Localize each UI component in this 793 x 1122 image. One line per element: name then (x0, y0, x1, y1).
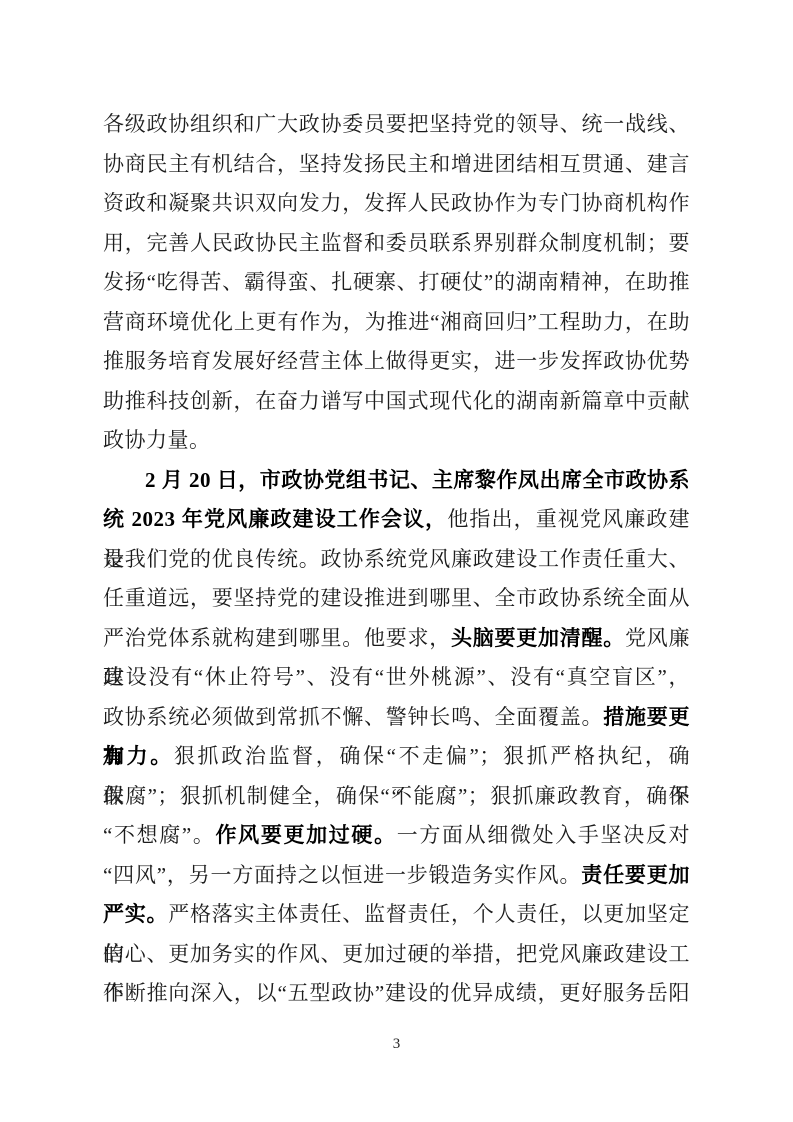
text-line: 敢腐”；狠抓机制健全，确保“不能腐”；狠抓廉政教育，确保 (103, 777, 690, 817)
text-line: 任重道远，要坚持党的建设推进到哪里、全市政协系统全面从 (103, 579, 690, 619)
text-segment: 任重道远，要坚持党的建设推进到哪里、全市政协系统全面从 (103, 586, 690, 610)
text-line: 信心、更加务实的作风、更加过硬的举措，把党风廉政建设工作 (103, 935, 690, 975)
text-line: 推服务培育发展好经营主体上做得更实，进一步发挥政协优势 (103, 342, 690, 382)
text-segment: 敢腐”；狠抓机制健全，确保“不能腐”；狠抓廉政教育，确保 (103, 784, 690, 808)
text-segment: 资政和凝聚共识双向发力，发挥人民政协作为专门协商机构作 (103, 191, 690, 215)
page-number: 3 (393, 1036, 401, 1052)
text-line: 统 2023 年党风廉政建设工作会议，他指出，重视党风廉政建设 (103, 500, 690, 540)
text-line: 是我们党的优良传统。政协系统党风廉政建设工作责任重大、 (103, 540, 690, 580)
text-segment: “四风”，另一方面持之以恒进一步锻造务实作风。 (103, 863, 581, 887)
paragraph: 2 月 20 日，市政协党组书记、主席黎作凤出席全市政协系统 2023 年党风廉… (103, 461, 690, 1014)
text-segment: 用，完善人民政协民主监督和委员联系界别群众制度机制；要 (103, 231, 690, 255)
text-segment: 是我们党的优良传统。政协系统党风廉政建设工作责任重大、 (103, 547, 690, 571)
text-segment: 政协力量。 (103, 428, 211, 452)
text-segment-bold: 严实。 (103, 902, 168, 926)
text-segment: 发扬“吃得苦、霸得蛮、扎硬寨、打硬仗”的湖南精神，在助推 (103, 270, 690, 294)
document-body: 各级政协组织和广大政协委员要把坚持党的领导、统一战线、协商民主有机结合，坚持发扬… (103, 105, 690, 1014)
text-segment-bold: 有力。 (103, 744, 174, 768)
text-segment-bold: 统 2023 年党风廉政建设工作会议， (103, 507, 447, 531)
text-line: 各级政协组织和广大政协委员要把坚持党的领导、统一战线、 (103, 105, 690, 145)
text-line: 严治党体系就构建到哪里。他要求，头脑要更加清醒。党风廉政 (103, 619, 690, 659)
text-segment: 政协系统必须做到常抓不懈、警钟长鸣、全面覆盖。 (103, 705, 603, 729)
text-segment: 推服务培育发展好经营主体上做得更实，进一步发挥政协优势 (103, 349, 690, 373)
text-segment: 协商民主有机结合，坚持发扬民主和增进团结相互贯通、建言 (103, 152, 690, 176)
text-segment: “不想腐”。 (103, 823, 216, 847)
text-segment-bold: 2 月 20 日，市政协党组书记、主席黎作凤出席全市政协系 (145, 468, 690, 492)
text-line: 资政和凝聚共识双向发力，发挥人民政协作为专门协商机构作 (103, 184, 690, 224)
text-line: 2 月 20 日，市政协党组书记、主席黎作凤出席全市政协系 (103, 461, 690, 501)
text-segment: 一方面从细微处入手坚决反对 (397, 823, 690, 847)
text-line: 建设没有“休止符号”、没有“世外桃源”、没有“真空盲区”， (103, 658, 690, 698)
text-line: 协商民主有机结合，坚持发扬民主和增进团结相互贯通、建言 (103, 145, 690, 185)
text-segment: 营商环境优化上更有作为，为推进“湘商回归”工程助力，在助 (103, 310, 690, 334)
text-line: 不断推向深入，以“五型政协”建设的优异成绩，更好服务岳阳 (103, 974, 690, 1014)
paragraph: 各级政协组织和广大政协委员要把坚持党的领导、统一战线、协商民主有机结合，坚持发扬… (103, 105, 690, 461)
text-segment-bold: 作风要更加过硬。 (216, 823, 397, 847)
text-line: 政协力量。 (103, 421, 690, 461)
text-segment: 不断推向深入，以“五型政协”建设的优异成绩，更好服务岳阳 (103, 981, 690, 1005)
text-segment-bold: 头脑要更加清醒。 (451, 626, 625, 650)
text-segment: 各级政协组织和广大政协委员要把坚持党的领导、统一战线、 (103, 112, 690, 136)
text-line: 助推科技创新，在奋力谱写中国式现代化的湖南新篇章中贡献 (103, 382, 690, 422)
text-line: 严实。严格落实主体责任、监督责任，个人责任，以更加坚定的 (103, 895, 690, 935)
page-footer: 3 (0, 1036, 793, 1053)
text-segment: 严治党体系就构建到哪里。他要求， (103, 626, 451, 650)
document-page: 各级政协组织和广大政协委员要把坚持党的领导、统一战线、协商民主有机结合，坚持发扬… (0, 0, 793, 1122)
text-segment-bold: 责任要更加 (581, 863, 690, 887)
text-line: 发扬“吃得苦、霸得蛮、扎硬寨、打硬仗”的湖南精神，在助推 (103, 263, 690, 303)
text-segment: 助推科技创新，在奋力谱写中国式现代化的湖南新篇章中贡献 (103, 389, 690, 413)
text-line: 用，完善人民政协民主监督和委员联系界别群众制度机制；要 (103, 224, 690, 264)
text-line: “四风”，另一方面持之以恒进一步锻造务实作风。责任要更加 (103, 856, 690, 896)
text-segment: 建设没有“休止符号”、没有“世外桃源”、没有“真空盲区”， (103, 665, 690, 689)
text-line: “不想腐”。作风要更加过硬。一方面从细微处入手坚决反对 (103, 816, 690, 856)
text-line: 营商环境优化上更有作为，为推进“湘商回归”工程助力，在助 (103, 303, 690, 343)
text-line: 政协系统必须做到常抓不懈、警钟长鸣、全面覆盖。措施要更加 (103, 698, 690, 738)
text-line: 有力。狠抓政治监督，确保“不走偏”；狠抓严格执纪，确保“不 (103, 737, 690, 777)
